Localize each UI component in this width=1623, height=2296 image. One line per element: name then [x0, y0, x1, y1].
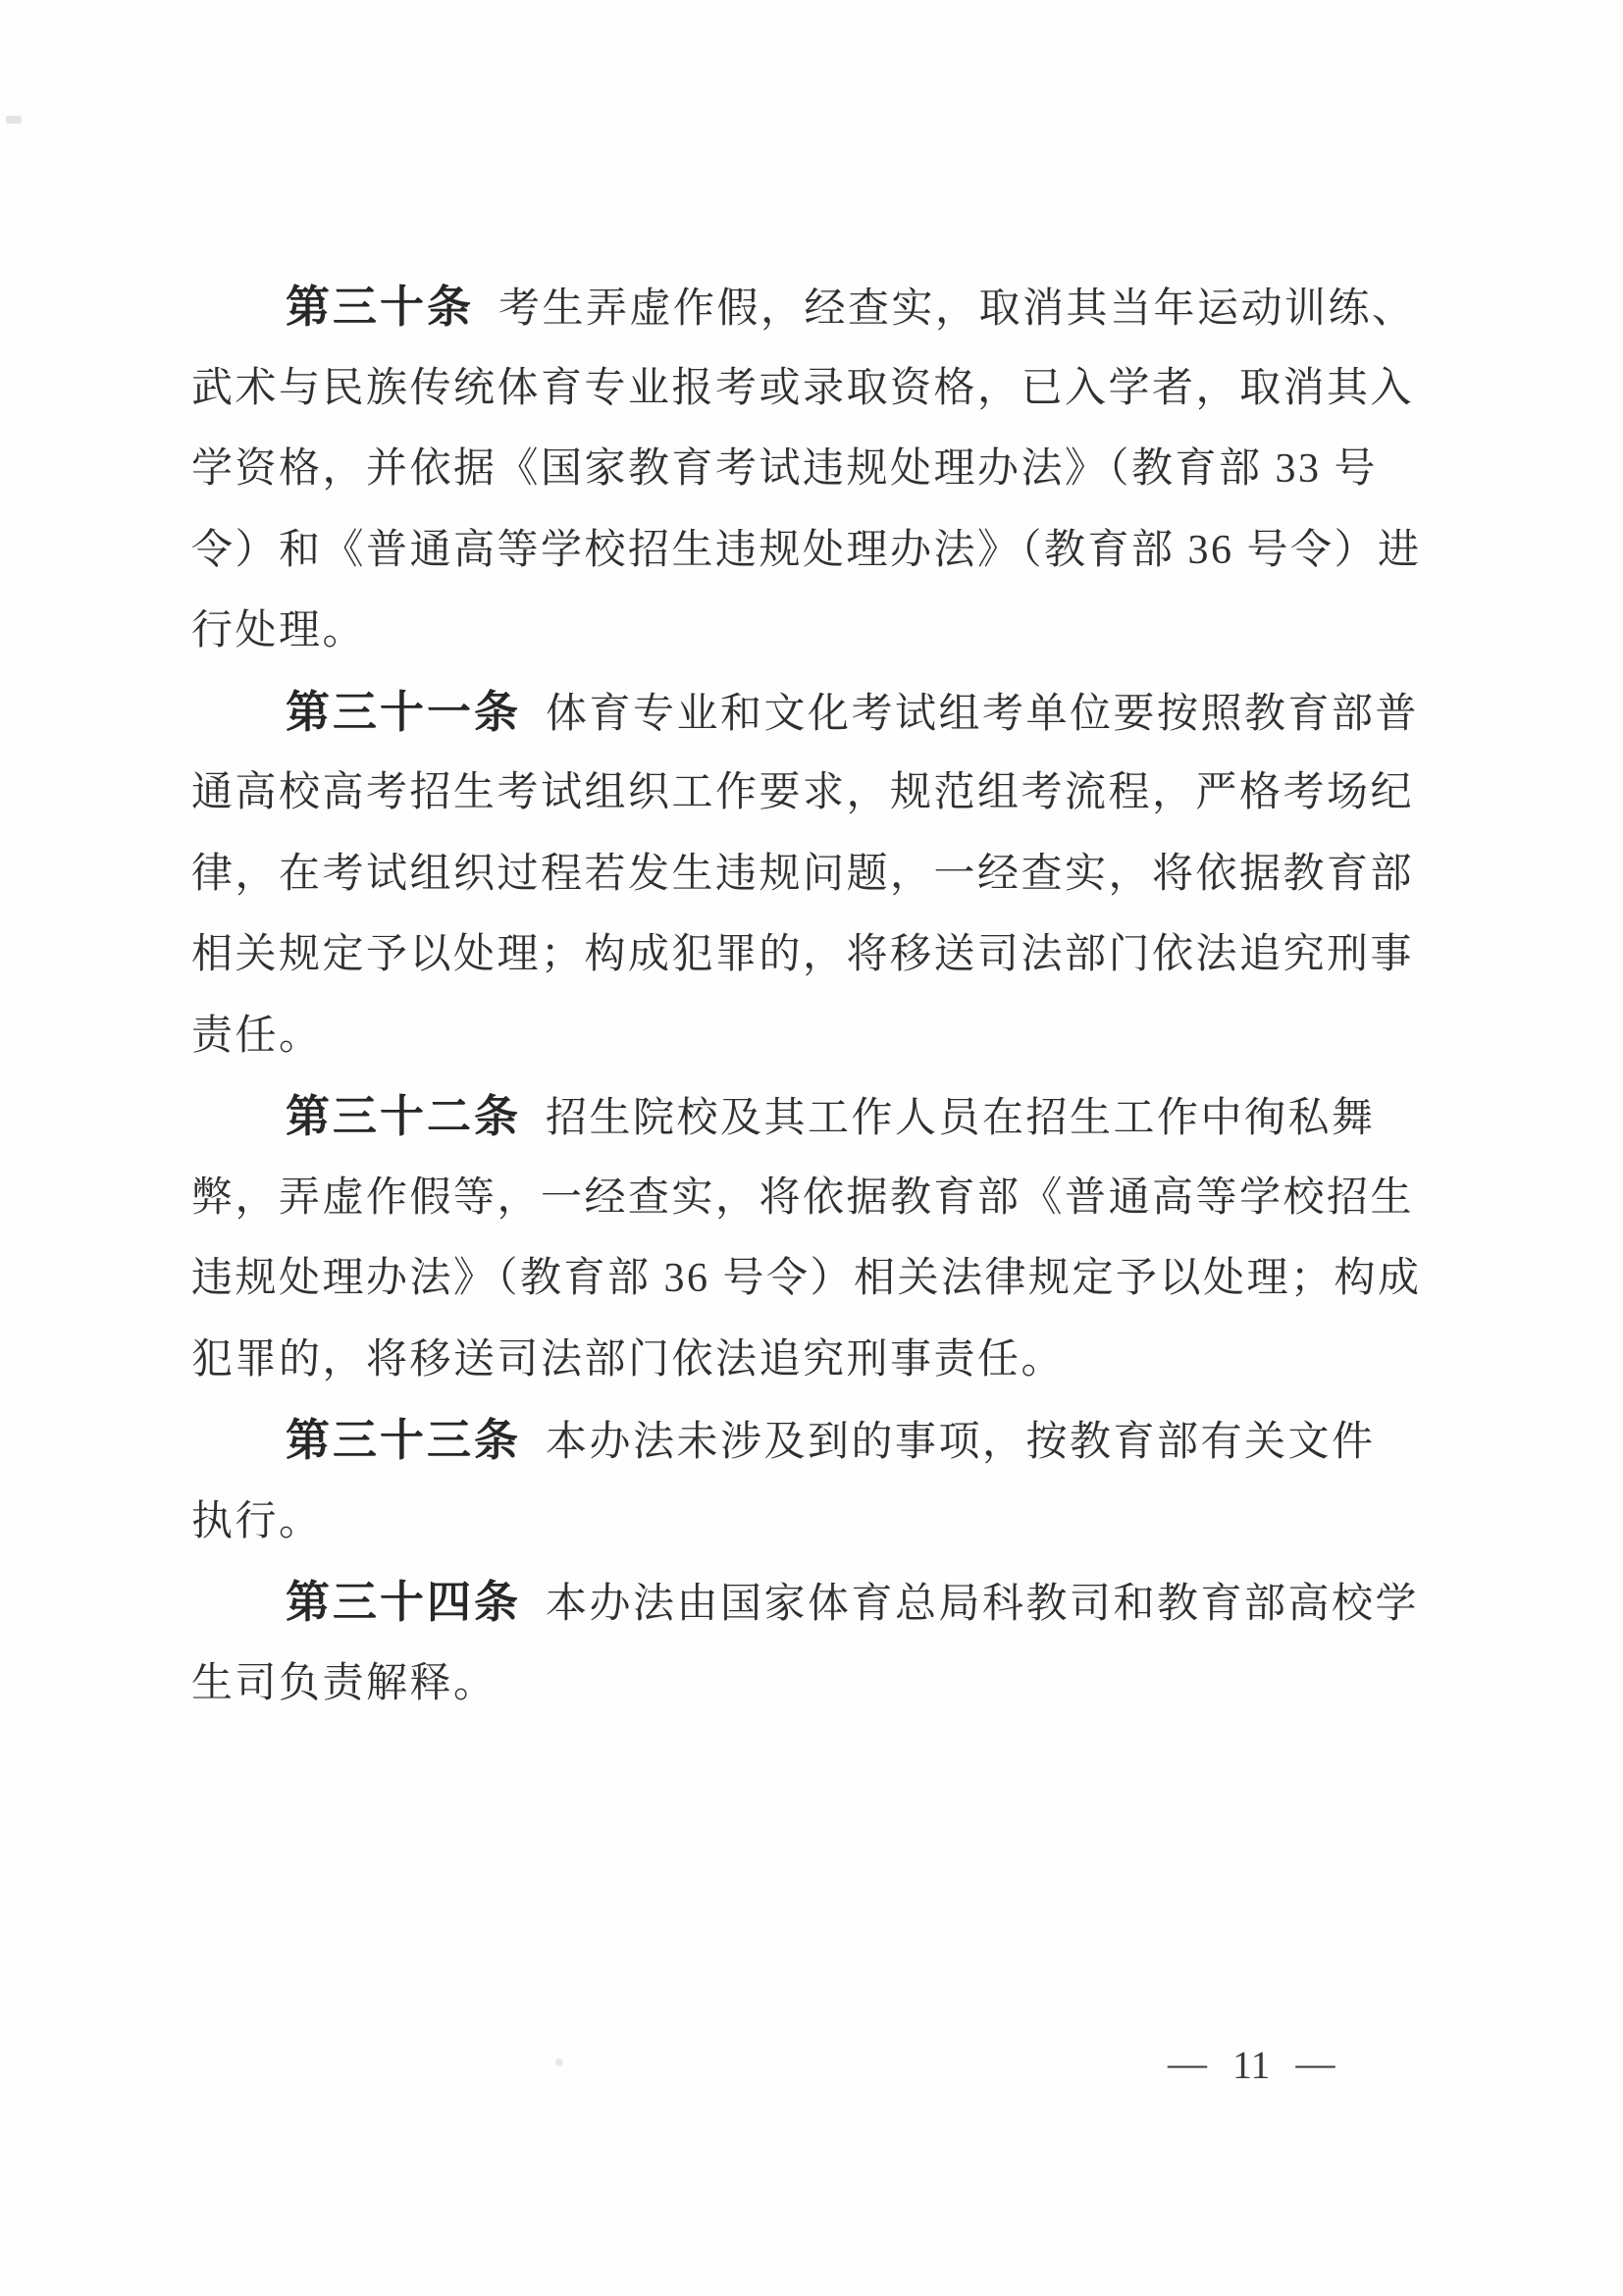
document-body: 第三十条考生弄虚作假，经查实，取消其当年运动训练、武术与民族传统体育专业报考或录…	[191, 267, 1526, 1724]
document-line: 令）和《普通高等学校招生违规处理办法》（教育部 36 号令）进	[191, 510, 1526, 592]
article: 第三十一条体育专业和文化考试组考单位要按照教育部普通高校高考招生考试组织工作要求…	[191, 672, 1526, 1077]
document-line: 武术与民族传统体育专业报考或录取资格，已入学者，取消其入	[191, 348, 1526, 430]
scan-speck	[6, 116, 22, 124]
document-line: 行处理。	[191, 591, 1526, 672]
article-first-line-text: 体育专业和文化考试组考单位要按照教育部普	[546, 692, 1419, 737]
article-number: 第三十条	[286, 282, 474, 332]
document-line: 律，在考试组织过程若发生违规问题，一经查实，将依据教育部	[191, 834, 1526, 915]
article: 第三十三条本办法未涉及到的事项，按教育部有关文件执行。	[191, 1400, 1526, 1562]
article: 第三十四条本办法由国家体育总局科教司和教育部高校学生司负责解释。	[191, 1562, 1526, 1724]
document-line: 第三十二条招生院校及其工作人员在招生工作中徇私舞	[191, 1076, 1526, 1158]
article-number: 第三十二条	[286, 1091, 521, 1141]
document-line: 第三十条考生弄虚作假，经查实，取消其当年运动训练、	[191, 267, 1526, 348]
document-line: 犯罪的，将移送司法部门依法追究刑事责任。	[191, 1320, 1526, 1401]
article: 第三十条考生弄虚作假，经查实，取消其当年运动训练、武术与民族传统体育专业报考或录…	[191, 267, 1526, 672]
document-line: 通高校高考招生考试组织工作要求，规范组考流程，严格考场纪	[191, 753, 1526, 834]
document-line: 第三十三条本办法未涉及到的事项，按教育部有关文件	[191, 1400, 1526, 1482]
document-page: 第三十条考生弄虚作假，经查实，取消其当年运动训练、武术与民族传统体育专业报考或录…	[0, 0, 1623, 2296]
article-first-line-text: 本办法未涉及到的事项，按教育部有关文件	[546, 1420, 1376, 1465]
document-line: 相关规定予以处理；构成犯罪的，将移送司法部门依法追究刑事	[191, 914, 1526, 996]
document-line: 执行。	[191, 1482, 1526, 1563]
document-line: 第三十四条本办法由国家体育总局科教司和教育部高校学	[191, 1562, 1526, 1644]
document-line: 生司负责解释。	[191, 1644, 1526, 1725]
article-first-line-text: 考生弄虚作假，经查实，取消其当年运动训练、	[498, 287, 1416, 332]
document-line: 学资格，并依据《国家教育考试违规处理办法》（教育部 33 号	[191, 429, 1526, 510]
document-line: 违规处理办法》（教育部 36 号令）相关法律规定予以处理；构成	[191, 1238, 1526, 1320]
article-first-line-text: 本办法由国家体育总局科教司和教育部高校学	[546, 1582, 1419, 1627]
scan-speck	[555, 2059, 563, 2066]
document-line: 第三十一条体育专业和文化考试组考单位要按照教育部普	[191, 672, 1526, 754]
footer-dash-left: —	[1168, 2041, 1207, 2086]
article-first-line-text: 招生院校及其工作人员在招生工作中徇私舞	[546, 1096, 1376, 1141]
article-number: 第三十一条	[286, 687, 521, 737]
footer-dash-right: —	[1296, 2041, 1335, 2086]
article-number: 第三十四条	[286, 1577, 521, 1627]
document-line: 弊，弄虚作假等，一经查实，将依据教育部《普通高等学校招生	[191, 1158, 1526, 1239]
page-number: 11	[1232, 2043, 1271, 2088]
document-line: 责任。	[191, 996, 1526, 1077]
article: 第三十二条招生院校及其工作人员在招生工作中徇私舞弊，弄虚作假等，一经查实，将依据…	[191, 1076, 1526, 1400]
article-number: 第三十三条	[286, 1415, 521, 1465]
page-footer: — 11 —	[1168, 2043, 1335, 2088]
